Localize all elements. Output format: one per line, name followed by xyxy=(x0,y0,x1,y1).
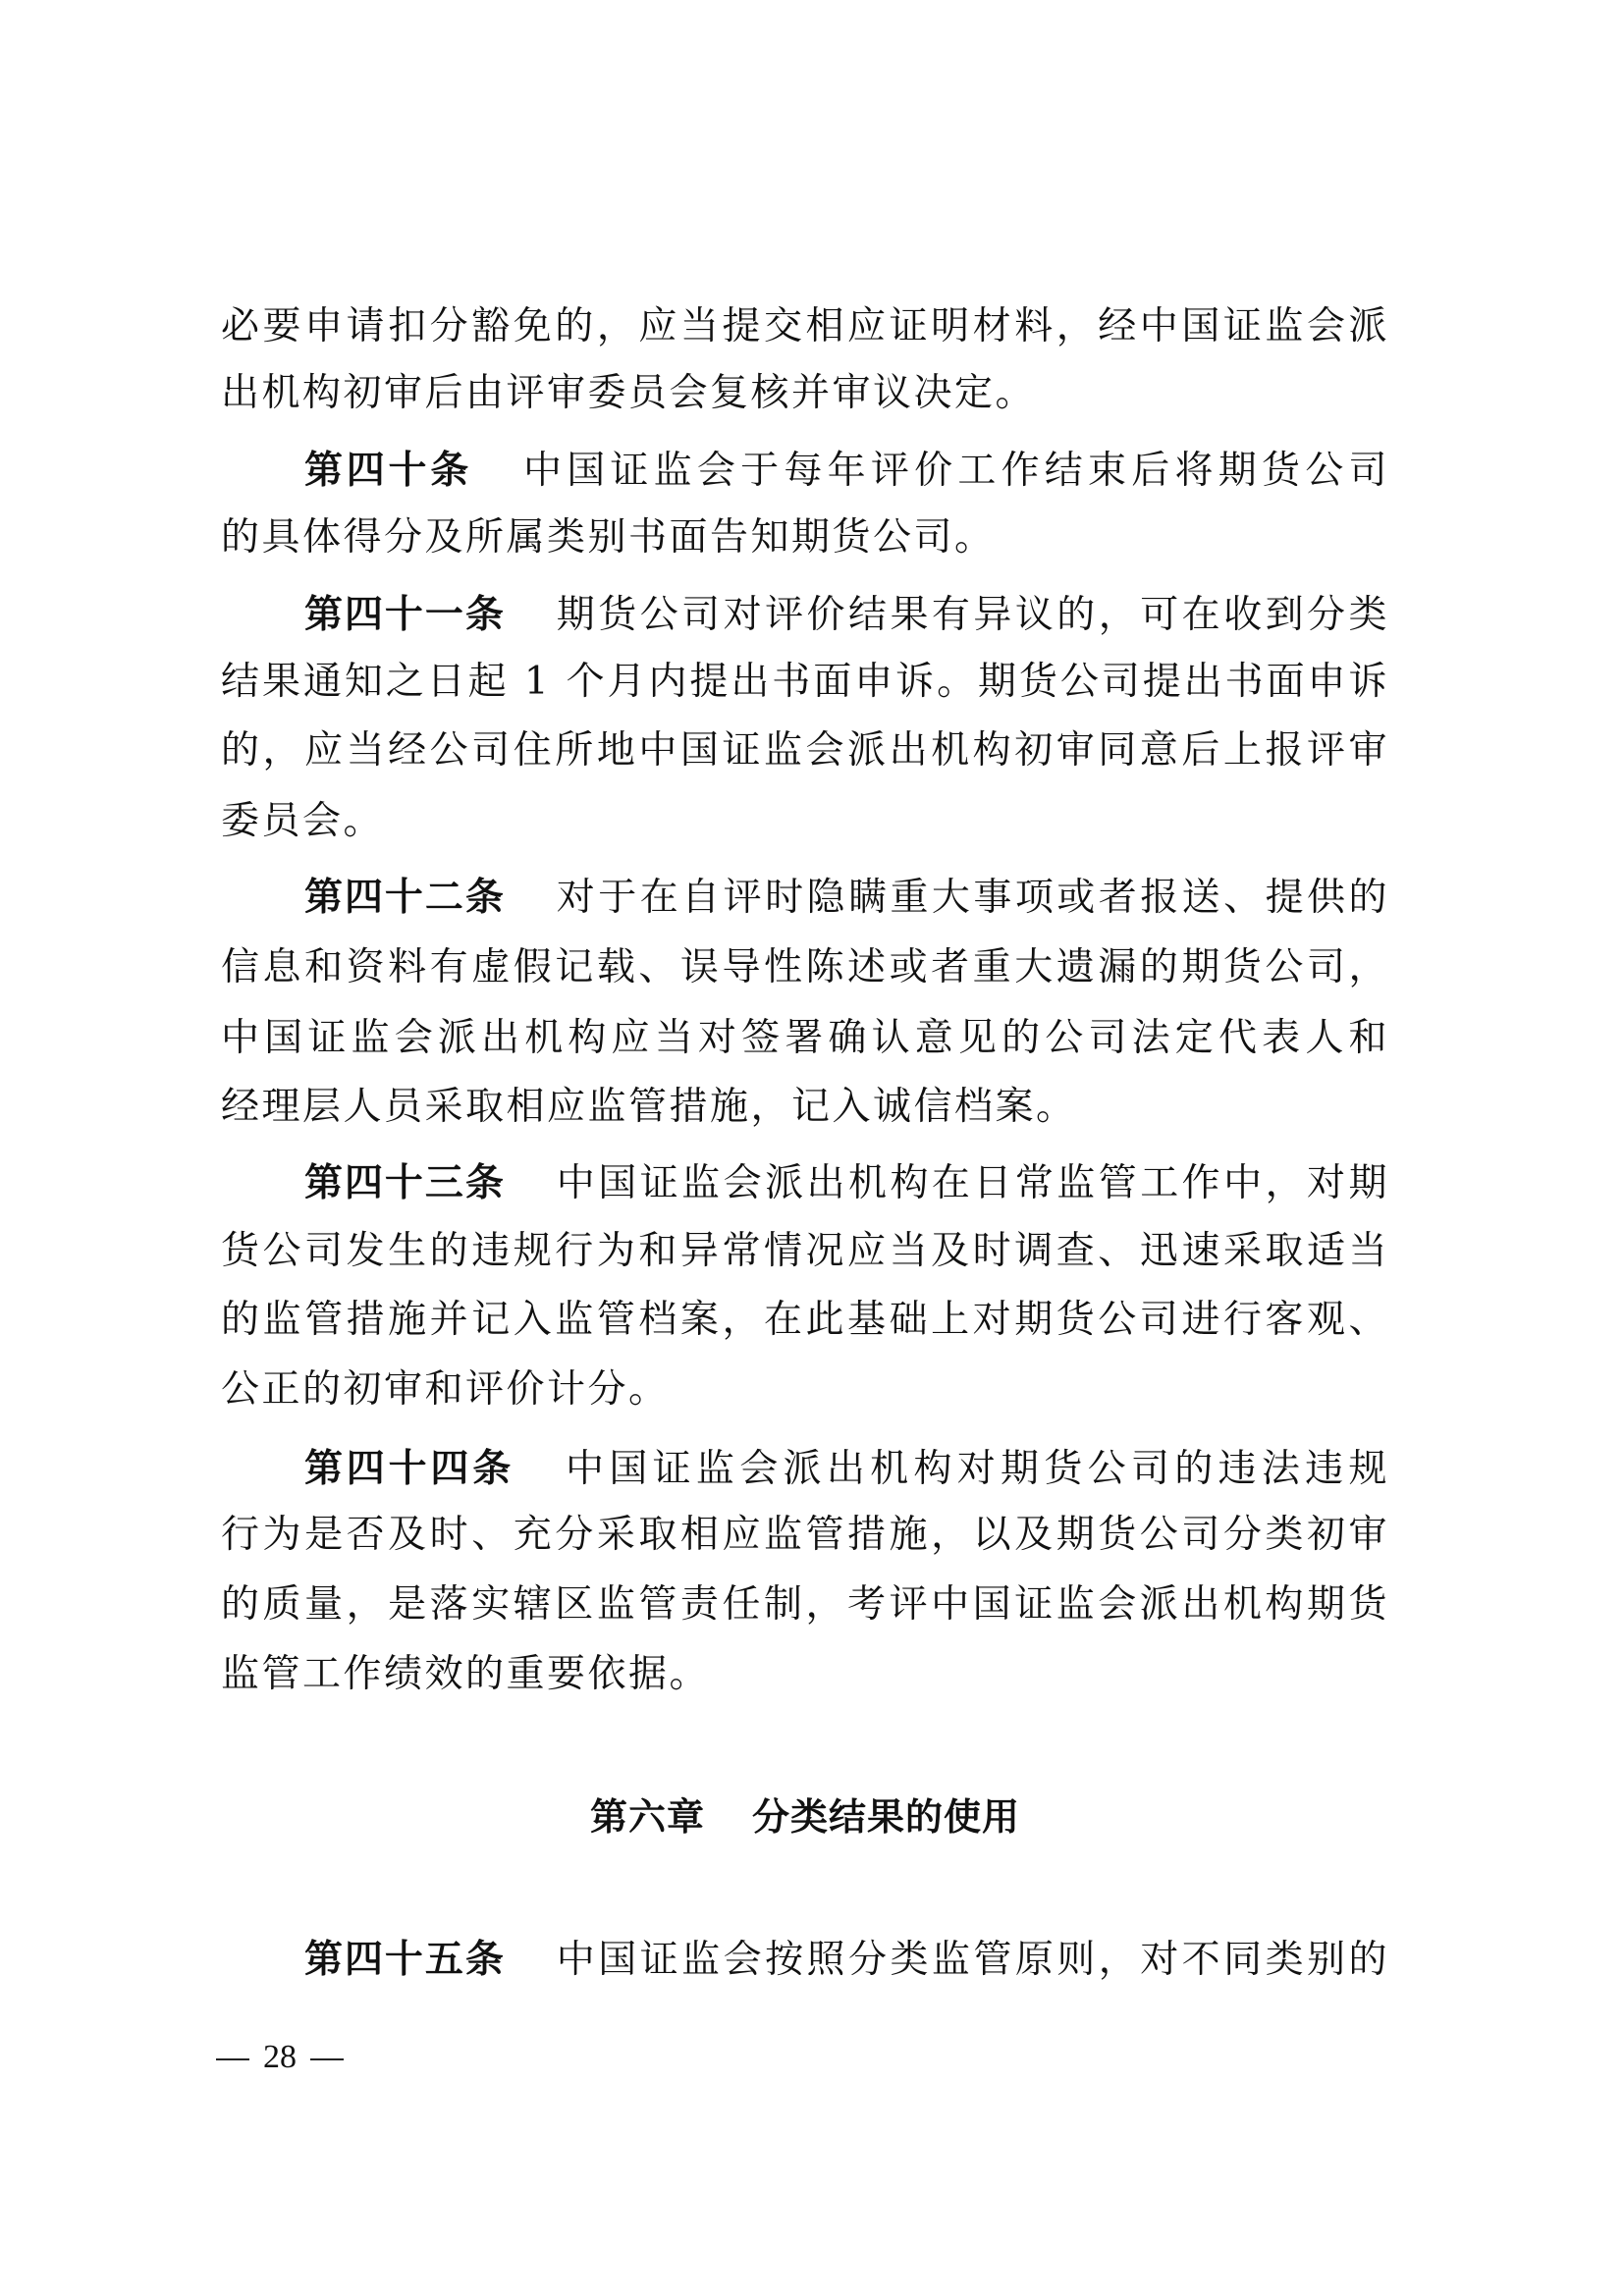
text-line: 出机构初审后由评审委员会复核并审议决定。 xyxy=(221,371,1389,416)
dash-icon xyxy=(310,2058,344,2060)
text-line: 结果通知之日起 1 个月内提出书面申诉。期货公司提出书面申诉 xyxy=(221,660,1389,705)
article-40-first-line: 第四十条中国证监会于每年评价工作结束后将期货公司 xyxy=(304,449,1389,494)
article-text: 中国证监会按照分类监管原则，对不同类别的 xyxy=(557,1938,1389,1982)
article-text: 期货公司对评价结果有异议的，可在收到分类 xyxy=(557,593,1389,637)
article-label: 第四十一条 xyxy=(304,593,506,637)
article-label: 第四十条 xyxy=(304,449,472,493)
article-45-first-line: 第四十五条中国证监会按照分类监管原则，对不同类别的 xyxy=(304,1938,1389,1983)
article-text: 对于在自评时隐瞒重大事项或者报送、提供的 xyxy=(557,876,1389,920)
article-text: 中国证监会于每年评价工作结束后将期货公司 xyxy=(523,449,1389,493)
chapter-title: 分类结果的使用 xyxy=(752,1795,1020,1839)
article-43-first-line: 第四十三条中国证监会派出机构在日常监管工作中，对期 xyxy=(304,1161,1389,1206)
text-line: 必要申请扣分豁免的，应当提交相应证明材料，经中国证监会派 xyxy=(221,304,1389,349)
text-line: 的，应当经公司住所地中国证监会派出机构初审同意后上报评审 xyxy=(221,728,1389,774)
article-label: 第四十五条 xyxy=(304,1938,506,1982)
text-line: 的监管措施并记入监管档案，在此基础上对期货公司进行客观、 xyxy=(221,1298,1389,1343)
text-line: 信息和资料有虚假记载、误导性陈述或者重大遗漏的期货公司， xyxy=(221,945,1389,990)
text-line: 公正的初审和评价计分。 xyxy=(221,1367,1389,1413)
page-number-value: 28 xyxy=(263,2039,297,2075)
text-line: 委员会。 xyxy=(221,799,1389,844)
article-42-first-line: 第四十二条对于在自评时隐瞒重大事项或者报送、提供的 xyxy=(304,876,1389,921)
text-line: 的质量，是落实辖区监管责任制，考评中国证监会派出机构期货 xyxy=(221,1582,1389,1628)
text-line: 中国证监会派出机构应当对签署确认意见的公司法定代表人和 xyxy=(221,1016,1389,1061)
chapter-number: 第六章 xyxy=(590,1795,705,1839)
text-line: 监管工作绩效的重要依据。 xyxy=(221,1652,1389,1697)
article-41-first-line: 第四十一条期货公司对评价结果有异议的，可在收到分类 xyxy=(304,593,1389,638)
page-number: 28 xyxy=(216,2038,357,2077)
text-line: 的具体得分及所属类别书面告知期货公司。 xyxy=(221,515,1389,561)
text-line: 行为是否及时、充分采取相应监管措施，以及期货公司分类初审 xyxy=(221,1513,1389,1558)
text-line: 货公司发生的违规行为和异常情况应当及时调查、迅速采取适当 xyxy=(221,1229,1389,1274)
document-page: 必要申请扣分豁免的，应当提交相应证明材料，经中国证监会派 出机构初审后由评审委员… xyxy=(0,0,1624,2296)
chapter-heading: 第六章分类结果的使用 xyxy=(0,1794,1610,1840)
article-label: 第四十二条 xyxy=(304,876,506,920)
text-line: 经理层人员采取相应监管措施，记入诚信档案。 xyxy=(221,1085,1389,1130)
article-text: 中国证监会派出机构在日常监管工作中，对期 xyxy=(557,1161,1389,1205)
article-text: 中国证监会派出机构对期货公司的违法违规 xyxy=(566,1447,1389,1491)
article-44-first-line: 第四十四条中国证监会派出机构对期货公司的违法违规 xyxy=(304,1447,1389,1492)
article-label: 第四十四条 xyxy=(304,1447,514,1491)
dash-icon xyxy=(216,2058,249,2060)
article-label: 第四十三条 xyxy=(304,1161,506,1205)
